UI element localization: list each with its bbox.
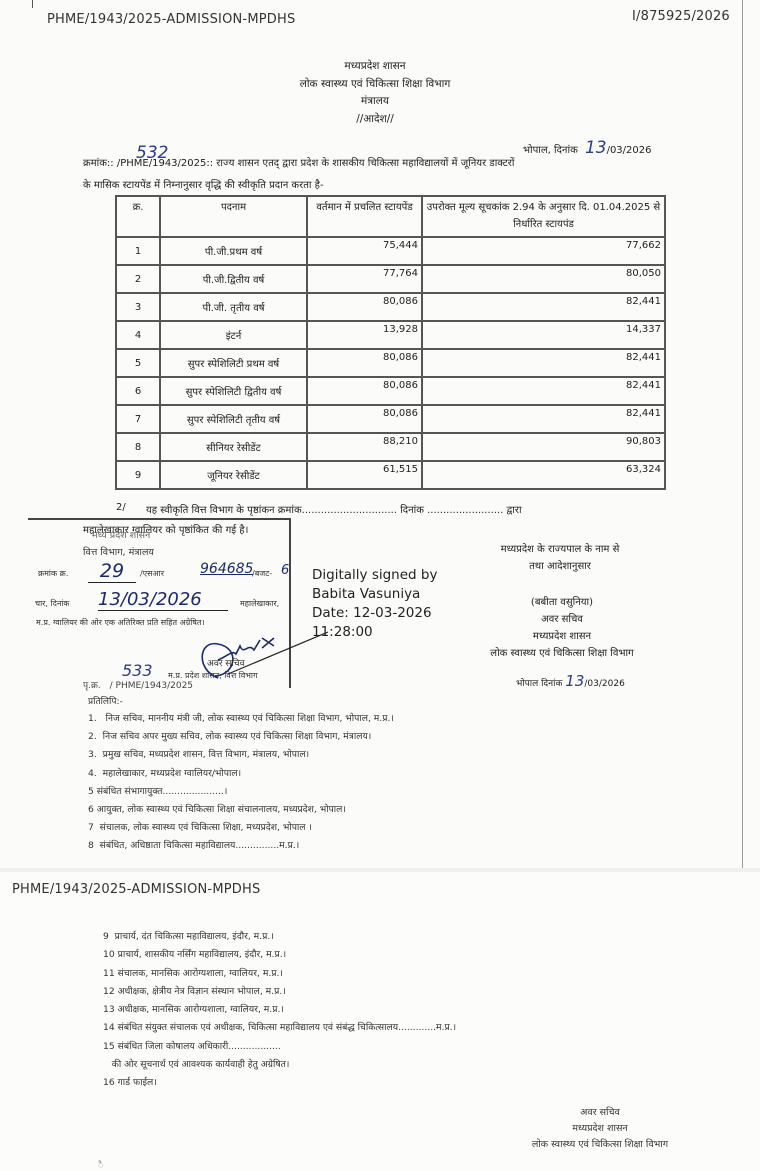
order-date-day-handwritten: 13 — [585, 138, 607, 158]
endorsement-reference: / PHME/1943/2025 — [110, 681, 193, 691]
cell-serial: 7 — [116, 405, 160, 433]
cell-revised-stipend: 82,441 — [422, 293, 665, 321]
cell-revised-stipend: 14,337 — [422, 321, 665, 349]
cell-current-stipend: 80,086 — [307, 293, 422, 321]
stamp-dept-name: वित्त विभाग, मंत्रालय — [83, 545, 154, 558]
signatory-date: भोपाल दिनांक 13/03/2026 — [516, 672, 625, 690]
stamp-govt-name: मध्य प्रदेश शासन — [92, 528, 150, 541]
cell-post: पी.जी.प्रथम वर्ष — [160, 237, 307, 265]
cc-heading: प्रतिलिपि:- — [88, 694, 123, 707]
cc-list-item: 6 आयुक्त, लोक स्वास्थ्य एवं चिकित्सा शिक… — [88, 801, 394, 819]
cell-current-stipend: 61,515 — [307, 461, 422, 489]
cell-revised-stipend: 63,324 — [422, 461, 665, 489]
digital-signature-date: Date: 12-03-2026 — [312, 604, 437, 623]
department-name: लोक स्वास्थ्य एवं चिकित्सा शिक्षा विभाग — [230, 76, 520, 94]
cell-revised-stipend: 82,441 — [422, 405, 665, 433]
cell-revised-stipend: 82,441 — [422, 377, 665, 405]
letterhead: मध्यप्रदेश शासन लोक स्वास्थ्य एवं चिकित्… — [230, 58, 520, 128]
cell-serial: 8 — [116, 433, 160, 461]
signatory-block: (बबीता वसुनिया) अवर सचिव मध्यप्रदेश शासन… — [442, 594, 682, 662]
cell-post: सुपर स्पेशिलिटी तृतीय वर्ष — [160, 405, 307, 433]
cell-revised-stipend: 77,662 — [422, 237, 665, 265]
table-row: 4इंटर्न13,92814,337 — [116, 321, 665, 349]
table-row: 1पी.जी.प्रथम वर्ष75,44477,662 — [116, 237, 665, 265]
order-text-line-2: के मासिक स्टायपेंड में निम्नानुसार वृद्ध… — [83, 177, 678, 191]
cc-list-item: 10 प्राचार्य, शासकीय नर्सिंग महाविद्यालय… — [103, 946, 456, 964]
cc-list-item: 3. प्रमुख सचिव, मध्यप्रदेश शासन, वित्त व… — [88, 746, 394, 764]
paragraph-2-text: यह स्वीकृति वित्त विभाग के पृष्ठांकन क्र… — [146, 502, 522, 516]
cell-serial: 2 — [116, 265, 160, 293]
cc-list-item: 16 गार्ड फाईल। — [103, 1074, 456, 1092]
order-date-rest: /03/2026 — [607, 145, 652, 156]
stamp-ag-label: महालेखाकार, — [240, 598, 279, 609]
col-header-current-stipend: वर्तमान में प्रचलित स्टायपेंड — [307, 196, 422, 237]
endorsement-label: पृ.क्र. — [83, 681, 101, 691]
ministry-name: मंत्रालय — [230, 93, 520, 111]
signatory-title: अवर सचिव — [442, 611, 682, 628]
endorsement-line: पृ.क्र. / PHME/1943/2025 — [83, 678, 193, 691]
col-header-revised-stipend: उपरोक्त मूल्य सूचकांक 2.94 के अनुसार दि.… — [422, 196, 665, 237]
table-row: 8सीनियर रेसीडेंट88,21090,803 — [116, 433, 665, 461]
table-row: 5सुपर स्पेशिलिटी प्रथम वर्ष80,08682,441 — [116, 349, 665, 377]
col-header-post: पदनाम — [160, 196, 307, 237]
cc-list-item: 15 संबंधित जिला कोषालय अधिकारी..........… — [103, 1038, 456, 1056]
cc-list-item: 5 संबंधित संभागायुक्त...................… — [88, 783, 394, 801]
page-right-edge — [742, 0, 743, 870]
cell-current-stipend: 80,086 — [307, 349, 422, 377]
cell-serial: 5 — [116, 349, 160, 377]
governor-authority: मध्यप्रदेश के राज्यपाल के नाम से तथा आदे… — [440, 541, 680, 575]
signatory-date-rest: /03/2026 — [584, 679, 624, 689]
digital-signature-time: 11:28:00 — [312, 623, 437, 642]
cc-list-item: 1. निज सचिव, माननीय मंत्री जी, लोक स्वास… — [88, 710, 394, 728]
cell-serial: 1 — [116, 237, 160, 265]
cell-post: पी.जी.द्वितीय वर्ष — [160, 265, 307, 293]
cell-post: सुपर स्पेशिलिटी प्रथम वर्ष — [160, 349, 307, 377]
governor-line-2: तथा आदेशानुसार — [440, 558, 680, 575]
cell-current-stipend: 13,928 — [307, 321, 422, 349]
stamp-budget-handwritten: 6 — [281, 563, 289, 578]
stamp-sr-label: /एसआर — [140, 568, 164, 579]
cc-list-item: 9 प्राचार्य, दंत चिकित्सा महाविद्यालय, इ… — [103, 928, 456, 946]
order-text-line-1: क्रमांक:: /PHME/1943/2025:: राज्य शासन ए… — [83, 157, 678, 171]
cc-list-item: 2. निज सचिव अपर मुख्य सचिव, लोक स्वास्थ्… — [88, 728, 394, 746]
order-text: /PHME/1943/2025:: राज्य शासन एतद् द्वारा… — [117, 158, 515, 169]
cell-serial: 9 — [116, 461, 160, 489]
file-reference-right: I/875925/2026 — [632, 9, 730, 24]
stamp-budget-label: /बजट- — [252, 568, 272, 579]
cell-serial: 6 — [116, 377, 160, 405]
page-2-signatory: अवर सचिव मध्यप्रदेश शासन लोक स्वास्थ्य ए… — [485, 1105, 715, 1153]
stamp-sr-handwritten: 964685 — [200, 561, 253, 577]
table-header-row: क्र. पदनाम वर्तमान में प्रचलित स्टायपेंड… — [116, 196, 665, 237]
cell-current-stipend: 80,086 — [307, 405, 422, 433]
stamp-date-handwritten: 13/03/2026 — [98, 589, 228, 611]
page-2-signatory-dept: लोक स्वास्थ्य एवं चिकित्सा शिक्षा विभाग — [485, 1137, 715, 1153]
cc-list-item: 4. महालेखाकार, मध्यप्रदेश ग्वालियर/भोपाल… — [88, 765, 394, 783]
cell-current-stipend: 80,086 — [307, 377, 422, 405]
table-row: 7सुपर स्पेशिलिटी तृतीय वर्ष80,08682,441 — [116, 405, 665, 433]
cell-serial: 4 — [116, 321, 160, 349]
page-2-file-reference: PHME/1943/2025-ADMISSION-MPDHS — [12, 882, 260, 897]
signatory-date-label: भोपाल दिनांक — [516, 679, 562, 689]
cell-current-stipend: 77,764 — [307, 265, 422, 293]
table-row: 2पी.जी.द्वितीय वर्ष77,76480,050 — [116, 265, 665, 293]
digital-signature-line-1: Digitally signed by — [312, 566, 437, 585]
page-edge-mark — [32, 0, 33, 8]
cc-list-page-2: 9 प्राचार्य, दंत चिकित्सा महाविद्यालय, इ… — [103, 928, 456, 1093]
order-date-label: भोपाल, दिनांक — [523, 145, 578, 156]
cc-list-item: 7 संचालक, लोक स्वास्थ्य एवं चिकित्सा शिक… — [88, 819, 394, 837]
cell-revised-stipend: 80,050 — [422, 265, 665, 293]
signatory-name: (बबीता वसुनिया) — [442, 594, 682, 611]
stamp-number-handwritten: 29 — [88, 560, 136, 583]
file-reference-left: PHME/1943/2025-ADMISSION-MPDHS — [47, 12, 295, 27]
cc-list-page-1: 1. निज सचिव, माननीय मंत्री जी, लोक स्वास… — [88, 710, 394, 856]
table-row: 3पी.जी. तृतीय वर्ष80,08682,441 — [116, 293, 665, 321]
col-header-serial: क्र. — [116, 196, 160, 237]
governor-line-1: मध्यप्रदेश के राज्यपाल के नाम से — [440, 541, 680, 558]
cc-list-item: 8 संबंधित, अधिष्ठाता चिकित्सा महाविद्याल… — [88, 837, 394, 855]
stamp-number-label: क्रमांक क्र. — [38, 568, 68, 579]
cell-current-stipend: 88,210 — [307, 433, 422, 461]
order-heading: //आदेश// — [230, 111, 520, 129]
stamp-forward-text: म.प्र. ग्वालियर की ओर एक अतिरिक्त प्रति … — [36, 617, 205, 628]
page-2-signatory-govt: मध्यप्रदेश शासन — [485, 1121, 715, 1137]
cell-current-stipend: 75,444 — [307, 237, 422, 265]
govt-name: मध्यप्रदेश शासन — [230, 58, 520, 76]
scan-artifact-mark: ै — [98, 1158, 103, 1171]
cc-list-item: 11 संचालक, मानसिक आरोग्यशाला, ग्वालियर, … — [103, 965, 456, 983]
cc-list-item: की ओर सूचनार्थ एवं आवश्यक कार्यवाही हेतु… — [103, 1056, 456, 1074]
digital-signature-name: Babita Vasuniya — [312, 585, 437, 604]
stamp-date-label: चार, दिनांक — [35, 598, 70, 609]
cc-list-item: 14 संबंधित संयुक्त संचालक एवं अधीक्षक, च… — [103, 1019, 456, 1037]
cc-list-item: 13 अधीक्षक, मानसिक आरोग्यशाला, ग्वालियर,… — [103, 1001, 456, 1019]
stamp-sign-title: अवर सचिव — [207, 656, 245, 669]
order-date: भोपाल, दिनांक 13/03/2026 — [523, 138, 652, 158]
cell-post: इंटर्न — [160, 321, 307, 349]
cell-post: सुपर स्पेशिलिटी द्वितीय वर्ष — [160, 377, 307, 405]
order-number-label: क्रमांक:: — [83, 158, 114, 169]
cell-post: जूनियर रेसीडेंट — [160, 461, 307, 489]
cell-post: पी.जी. तृतीय वर्ष — [160, 293, 307, 321]
table-row: 6सुपर स्पेशिलिटी द्वितीय वर्ष80,08682,44… — [116, 377, 665, 405]
cell-serial: 3 — [116, 293, 160, 321]
cell-revised-stipend: 82,441 — [422, 349, 665, 377]
digital-signature-block: Digitally signed by Babita Vasuniya Date… — [312, 566, 437, 642]
page-2-signatory-title: अवर सचिव — [485, 1105, 715, 1121]
table-row: 9जूनियर रेसीडेंट61,51563,324 — [116, 461, 665, 489]
cell-revised-stipend: 90,803 — [422, 433, 665, 461]
cc-list-item: 12 अधीक्षक, क्षेत्रीय नेत्र विज्ञान संस्… — [103, 983, 456, 1001]
signatory-govt: मध्यप्रदेश शासन — [442, 628, 682, 645]
stipend-table: क्र. पदनाम वर्तमान में प्रचलित स्टायपेंड… — [115, 195, 666, 490]
signatory-date-day-handwritten: 13 — [565, 672, 584, 690]
signatory-dept: लोक स्वास्थ्य एवं चिकित्सा शिक्षा विभाग — [442, 645, 682, 662]
paragraph-2-number: 2/ — [116, 502, 126, 513]
cell-post: सीनियर रेसीडेंट — [160, 433, 307, 461]
